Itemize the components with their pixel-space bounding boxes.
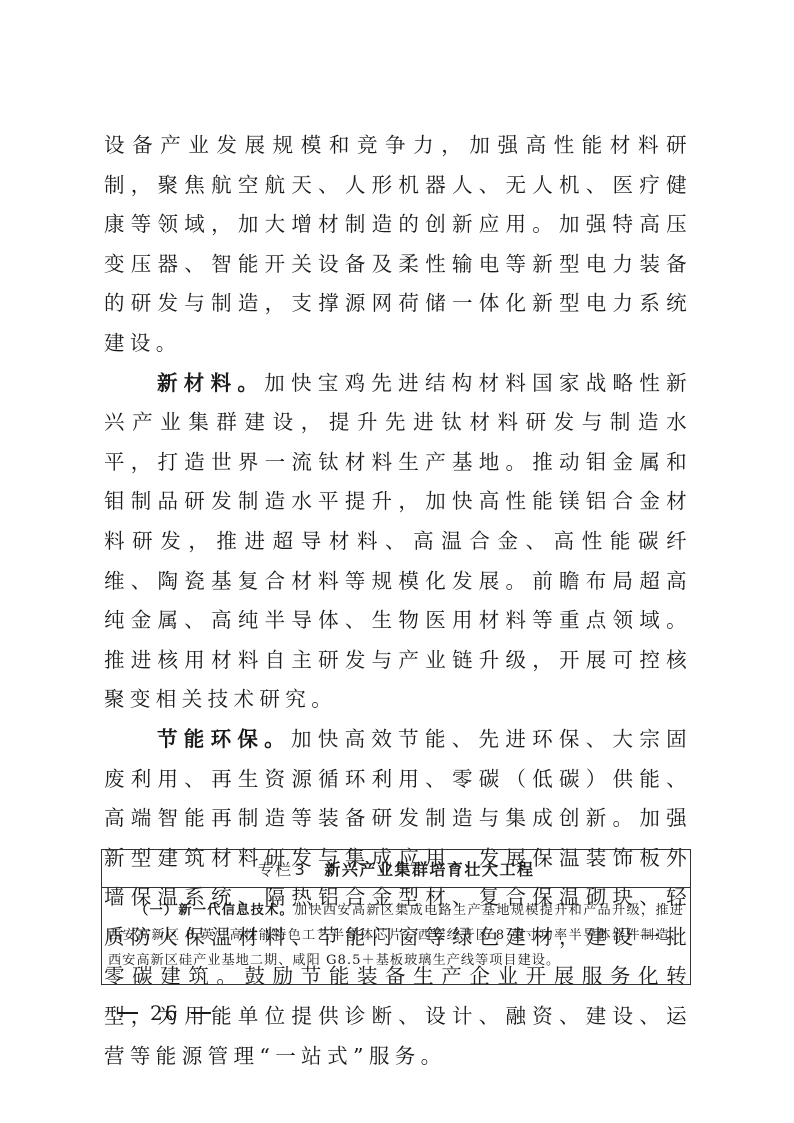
- feature-box-heading: 新兴产业集群培育壮大工程: [324, 857, 534, 880]
- page-footer: 26: [118, 1001, 211, 1025]
- feature-box-item: （一）新一代信息技术。加快西安高新区集成电路生产基地规模提升和产品升级，推进西安…: [102, 888, 690, 973]
- feature-box-title: 专栏3 新兴产业集群培育壮大工程: [102, 850, 690, 888]
- paragraph-text: 加快宝鸡先进结构材料国家战略性新兴产业集群建设，提升先进钛材料研发与制造水平，打…: [104, 371, 692, 712]
- feature-box-item-lead: （一）新一代信息技术。: [135, 903, 294, 918]
- document-page: 设备产业发展规模和竞争力，加强高性能材料研制，聚焦航空航天、人形机器人、无人机、…: [0, 0, 794, 1123]
- paragraph-new-materials: 新材料。加快宝鸡先进结构材料国家战略性新兴产业集群建设，提升先进钛材料研发与制造…: [104, 364, 692, 720]
- paragraph-text: 设备产业发展规模和竞争力，加强高性能材料研制，聚焦航空航天、人形机器人、无人机、…: [104, 133, 692, 355]
- dash-left: [118, 1012, 138, 1014]
- paragraph-lead: 节能环保。: [157, 727, 291, 751]
- dash-right: [191, 1012, 211, 1014]
- feature-box-number: 专栏3: [258, 857, 307, 880]
- feature-box: 专栏3 新兴产业集群培育壮大工程 （一）新一代信息技术。加快西安高新区集成电路生…: [101, 849, 691, 985]
- paragraph-continuation: 设备产业发展规模和竞争力，加强高性能材料研制，聚焦航空航天、人形机器人、无人机、…: [104, 126, 692, 364]
- page-number: 26: [150, 1001, 179, 1025]
- paragraph-lead: 新材料。: [157, 371, 264, 395]
